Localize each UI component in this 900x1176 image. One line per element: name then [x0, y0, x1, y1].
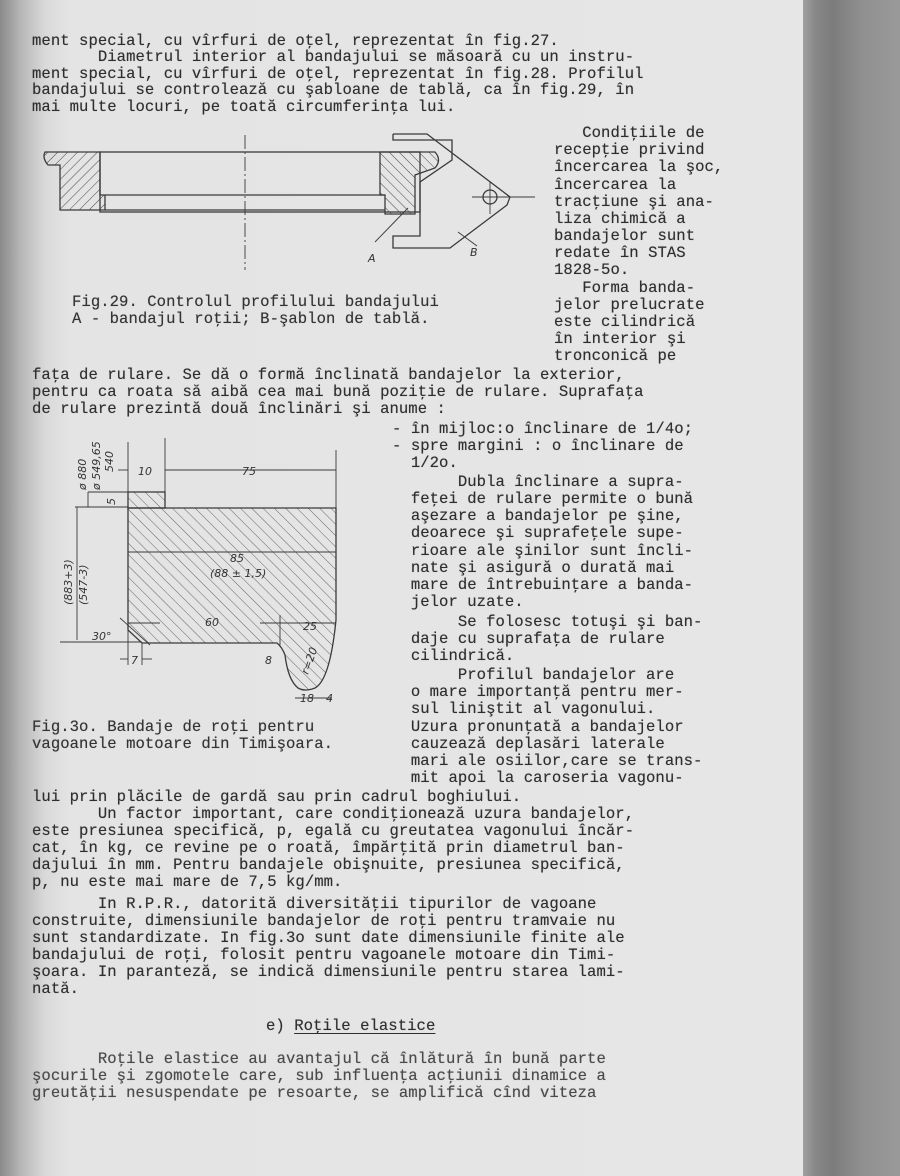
text-line: - spre margini : o înclinare de [392, 438, 684, 455]
text-line: deoarece şi suprafeţele supe- [392, 525, 684, 542]
text-line: este cilindrică [554, 314, 695, 331]
dim-d880: ø 880 [76, 459, 89, 491]
figure-29-caption: Fig.29. Controlul profilului bandajului [72, 294, 439, 311]
text-line: cilindrică. [392, 648, 514, 665]
dim-75: 75 [242, 465, 256, 478]
text-line: bandajelor sunt [554, 228, 695, 245]
text-line: feţei de rulare permite o bună [392, 491, 693, 508]
dim-7: 7 [131, 654, 138, 667]
book-binding-edge [803, 0, 900, 1176]
text-line: lui prin plăcile de gardă sau prin cadru… [32, 789, 521, 806]
text-line: Roţile elastice au avantajul că înlătură… [32, 1051, 606, 1068]
dim-25: 25 [303, 620, 317, 633]
section-title: Roţile elastice [294, 1017, 435, 1035]
text-line: aşezare a bandajelor pe şine, [392, 508, 684, 525]
text-line: nate şi asigură o durată mai [392, 560, 674, 577]
dim-4: 4 [326, 692, 333, 705]
text-line: încercarea la [554, 177, 676, 194]
text-line: o mare importanţă pentru mer- [392, 684, 684, 701]
text-line: şocurile şi zgomotele care, sub influenţ… [32, 1068, 606, 1085]
text-line: Forma banda- [554, 280, 695, 297]
text-line: pentru ca roata să aibă cea mai bună poz… [32, 384, 644, 401]
text-line: sunt standardizate. In fig.3o sunt date … [32, 930, 625, 947]
figure-29-drawing: A B [40, 130, 540, 270]
text-line: de rulare prezintă două înclinări şi anu… [32, 401, 446, 418]
text-line: Uzura pronunţată a bandajelor [392, 719, 684, 736]
text-line: redate în STAS [554, 245, 686, 262]
text-line: mit apoi la caroseria vagonu- [392, 770, 684, 787]
text-line: mai multe locuri, pe toată circumferinţa… [32, 99, 455, 116]
scanned-page: ment special, cu vîrfuri de oţel, reprez… [0, 0, 803, 1176]
text-line: daje cu suprafaţa de rulare [392, 631, 665, 648]
dim-d549: ø 549,65 [90, 441, 103, 491]
text-line: p, nu este mai mare de 7,5 kg/mm. [32, 874, 342, 891]
dim-883: (883+3) [62, 559, 75, 605]
text-line: bandajului de roţi, folosit pentru vagoa… [32, 947, 615, 964]
text-line: faţa de rulare. Se dă o formă înclinată … [32, 367, 625, 384]
text-line: cauzează deplasări laterale [392, 736, 665, 753]
text-line: dajului în mm. Pentru bandajele obişnuit… [32, 857, 625, 874]
text-line: 1828-5o. [554, 262, 629, 279]
text-line: Un factor important, care condiţionează … [32, 806, 634, 823]
text-line: construite, dimensiunile bandajelor de r… [32, 913, 615, 930]
text-line: sul liniştit al vagonului. [392, 701, 655, 718]
text-line: nată. [32, 981, 79, 998]
figure-30-caption: Fig.3o. Bandaje de roţi pentru [32, 719, 314, 736]
dim-540: 540 [103, 451, 116, 472]
dim-60: 60 [205, 616, 219, 629]
text-line: Diametrul interior al bandajului se măso… [32, 49, 634, 66]
dim-85: 85 [230, 552, 244, 565]
text-line: bandajului se controlează cu şabloane de… [32, 82, 634, 99]
figure-30-drawing: 10 75 85 (88 ± 1,5) 60 25 30° 7 8 18 4 r… [60, 430, 360, 710]
section-heading: e) Roţile elastice [266, 1018, 435, 1035]
text-line: şoara. In paranteză, se indică dimensiun… [32, 964, 625, 981]
text-line: Se folosesc totuşi şi ban- [392, 614, 702, 631]
text-line: jelor prelucrate [554, 297, 705, 314]
text-line: mare de întrebuinţare a banda- [392, 577, 693, 594]
text-line: tracţiune şi ana- [554, 194, 714, 211]
label-b: B [470, 246, 478, 259]
text-line: este presiunea specifică, p, egală cu gr… [32, 823, 634, 840]
text-line: 1/2o. [392, 455, 458, 472]
dim-8: 8 [265, 654, 272, 667]
dim-18: 18 [300, 692, 314, 705]
text-line: greutăţii nesuspendate pe resoarte, se a… [32, 1085, 596, 1102]
dim-5: 5 [105, 498, 118, 505]
figure-29-caption: A - bandajul roţii; B-şablon de tablă. [72, 311, 430, 328]
text-line: în interior şi [554, 331, 686, 348]
dim-88: (88 ± 1,5) [210, 567, 266, 580]
text-line: jelor uzate. [392, 594, 524, 611]
figure-30-caption: vagoanele motoare din Timişoara. [32, 736, 333, 753]
text-line: încercarea la şoc, [554, 159, 723, 176]
text-line: tronconică pe [554, 348, 676, 365]
text-line: Profilul bandajelor are [392, 667, 674, 684]
text-line: Condiţiile de [554, 125, 705, 142]
text-line: recepţie privind [554, 142, 705, 159]
dim-30deg: 30° [92, 630, 112, 643]
text-line: In R.P.R., datorită diversităţii tipuril… [32, 896, 596, 913]
text-line: liza chimică a [554, 211, 686, 228]
text-line: mari ale osiilor,care se trans- [392, 753, 702, 770]
text-line: Dubla înclinare a supra- [392, 474, 684, 491]
dim-547: (547-3) [77, 564, 90, 605]
text-line: - în mijloc:o înclinare de 1/4o; [392, 421, 693, 438]
dim-10: 10 [138, 465, 152, 478]
label-a: A [367, 252, 376, 265]
text-line: cat, în kg, ce revine pe o roată, împărţ… [32, 840, 625, 857]
section-number: e) [266, 1017, 294, 1035]
text-line: rioare ale şinilor sunt încli- [392, 543, 693, 560]
